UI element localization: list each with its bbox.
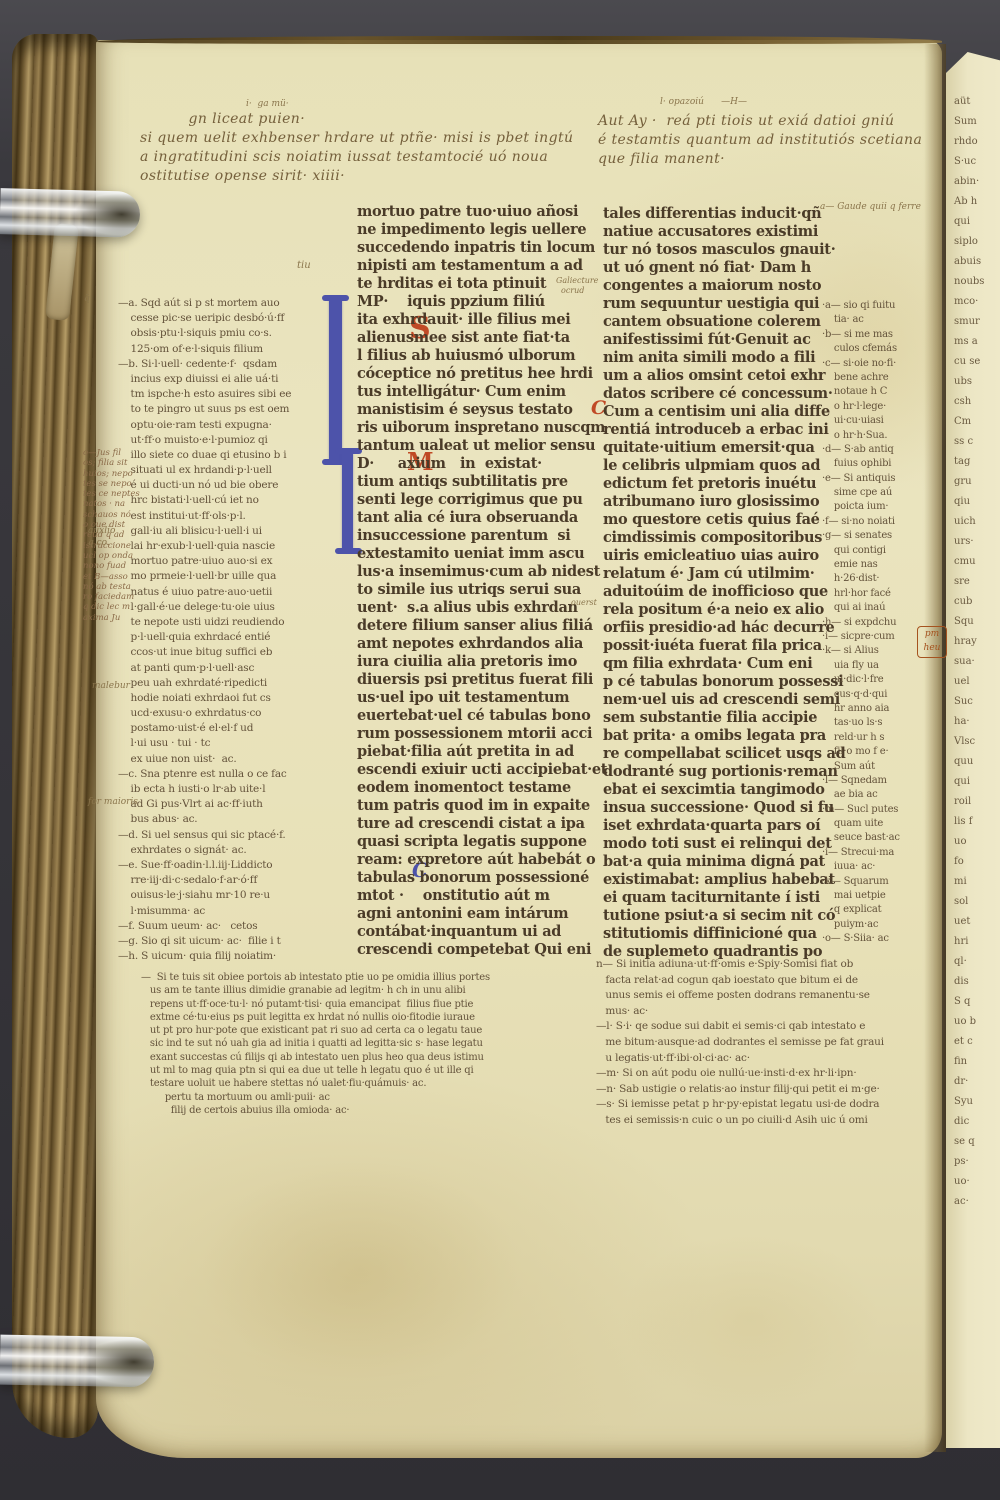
gloss-line: hrl·hor facé: [822, 587, 900, 601]
text-line: ream: expretore aút habebát o: [357, 851, 607, 869]
gloss-line: —n· Sab ustigie o relatis·ao instur fili…: [596, 1082, 884, 1098]
header-line: é testamtis quantum ad institutiós sceti…: [598, 131, 922, 150]
gloss-line: exant succestas cú filijs qi ab intestat…: [141, 1051, 490, 1064]
text-fragment: Sum: [954, 112, 984, 132]
text-fragment: hray: [954, 632, 984, 652]
gloss-line: extme cé·tu·eius ps puit legitta ex hrda…: [141, 1011, 490, 1024]
bottom-gloss-right: n— Si initia adiuna·ut·ff·omis e·Spiy·So…: [596, 957, 884, 1129]
text-fragment: hri: [954, 932, 984, 952]
gloss-line: bus abus· ac.: [118, 812, 291, 827]
gloss-line: 125·om of·e·l·siquis filium: [118, 342, 291, 357]
text-line: detere filium sanser alius filiá: [357, 617, 607, 635]
text-line: cantem obsuatione colerem: [603, 313, 845, 331]
marginal-note: malebur: [92, 681, 130, 691]
text-line: le celibris ulpmiam quos ad: [603, 457, 845, 475]
gloss-line: ut·ff·o muisto·e·l·pumioz qi: [118, 433, 291, 448]
gloss-line: tm ispche·h esto asuires sibi ee: [118, 387, 291, 402]
text-fragment: dr·: [954, 1072, 984, 1092]
marginal-note: q co.: [88, 538, 110, 548]
gloss-line: ·f— si·no noiati: [822, 515, 900, 529]
text-line: quasi scripta legatis suppone: [357, 833, 607, 851]
text-fragment: uel: [954, 672, 984, 692]
text-line: tabulas bonorum possessioné: [357, 869, 607, 887]
text-fragment: fo: [954, 852, 984, 872]
gloss-line: ·a— sio qi fuitu: [822, 299, 900, 313]
gloss-line: ucd·exusu·o exhrdatus·co: [118, 706, 291, 721]
note-line: o—Jus fil: [83, 448, 140, 458]
gloss-line: us am te tante illius dimidie granabie a…: [141, 984, 490, 997]
text-line: succedendo inpatris tin locum: [357, 239, 607, 257]
text-line: tur nó tosos masculos gnauit·: [603, 241, 845, 259]
gloss-line: filij de certois abuius illa omioda· ac·: [141, 1104, 490, 1117]
text-fragment: quu: [954, 752, 984, 772]
text-line: uent· s.a alius ubis exhrdan: [357, 599, 607, 617]
text-line: agni antonini eam intárum: [357, 905, 607, 923]
text-fragment: Ab h: [954, 192, 984, 212]
header-left: gn liceat puien·si quem uelit exhbenser …: [140, 110, 573, 186]
header-line: a ingratitudini scis noiatim iussat test…: [140, 148, 573, 167]
glass-weight-rod-bottom: [0, 1335, 154, 1388]
manuscript-photo: aütSumrhdoS·ucabin·Ab hquisiploabuisnoub…: [0, 0, 1000, 1500]
gloss-line: —h. S uicum· quia filij noiatim·: [118, 949, 291, 964]
right-margin-gloss: ·a— sio qi fuitu tia· ac·b— si me mas cu…: [822, 299, 900, 947]
text-line: crescendi competebat Qui eni: [357, 941, 607, 959]
text-line: um a alios omsint cetoi exhr: [603, 367, 845, 385]
text-line: edictum fet pretoris inuétu: [603, 475, 845, 493]
gloss-line: ·i— Strecui·ma: [822, 846, 900, 860]
gloss-line: é ui ducti·un nó ud bie obere: [118, 478, 291, 493]
gloss-line: q explicat: [822, 903, 900, 917]
facing-page-text-fragments: aütSumrhdoS·ucabin·Ab hquisiploabuisnoub…: [954, 92, 984, 1212]
text-line: mortuo patre tuo·uiuo añosi: [357, 203, 607, 221]
gloss-line: unus semis ei offeme posten dodrans rema…: [596, 988, 884, 1004]
text-fragment: uo b: [954, 1012, 984, 1032]
text-fragment: ms a: [954, 332, 984, 352]
text-line: relatum é· Jam cú utilmim·: [603, 565, 845, 583]
text-fragment: cu se: [954, 352, 984, 372]
note-line: schauos nó: [83, 510, 140, 520]
note-line: ro faciedam: [83, 592, 140, 602]
gloss-line: h·26·dist·: [822, 572, 900, 586]
gloss-line: ae bia ac: [822, 788, 900, 802]
text-line: cóceptice nó pretitus hee hrdi: [357, 365, 607, 383]
note-line: nono fuad: [83, 561, 140, 571]
text-fragment: qui: [954, 772, 984, 792]
gloss-line: uia fly ua: [822, 659, 900, 673]
text-line: ebat ei sexcimtia tangimodo: [603, 781, 845, 799]
gloss-line: ·m— Sucl putes: [822, 803, 900, 817]
text-fragment: ha·: [954, 712, 984, 732]
text-line: D· axium in existat·: [357, 455, 607, 473]
text-line: ne impedimento legis uellere: [357, 221, 607, 239]
text-fragment: uet: [954, 912, 984, 932]
text-column-2: tales differentias inducit·qñnatiue accu…: [603, 205, 845, 961]
gloss-line: iuua· ac·: [822, 860, 900, 874]
text-line: p cé tabulas bonorum possessi: [603, 673, 845, 691]
interlinear-note: ouerst: [571, 598, 597, 607]
gloss-line: ·c— si·oie no·fi·: [822, 357, 900, 371]
gloss-line: —c. Sna ptenre est nulla o ce fac: [118, 767, 291, 782]
gloss-line: —d. Si uel sensus qui sic ptacé·f.: [118, 828, 291, 843]
page-top-burnt-edge: [96, 36, 942, 44]
header-line: Aut Ay · reá pti tiois ut exiá datioi gn…: [598, 112, 922, 131]
text-line: amt nepotes exhrdandos alia: [357, 635, 607, 653]
gloss-line: ex uiue non uist· ac.: [118, 752, 291, 767]
note-line: et B—asso: [83, 572, 140, 582]
gloss-line: est institui·ut·ff·ols·p·l.: [118, 509, 291, 524]
text-fragment: abin·: [954, 172, 984, 192]
gloss-line: optu·oie·ram testi expugna·: [118, 418, 291, 433]
gloss-line: mus· ac·: [596, 1004, 884, 1020]
text-fragment: rhdo: [954, 132, 984, 152]
header-line: si quem uelit exhbenser hrdare ut ptñe· …: [140, 129, 573, 148]
gloss-line: sime cpe aú: [822, 486, 900, 500]
text-fragment: siplo: [954, 232, 984, 252]
text-line: nem·uel uis ad crescendi semi: [603, 691, 845, 709]
text-fragment: tag: [954, 452, 984, 472]
note-line: natos · na: [83, 499, 140, 509]
gloss-line: —b. Si·l·uell· cedente·f· qsdam: [118, 357, 291, 372]
text-line: stitutiomis diffinicioné qua: [603, 925, 845, 943]
gloss-line: — Si te tuis sit obiee portois ab intest…: [141, 971, 490, 984]
text-line: rum possessionem mtorii acci: [357, 725, 607, 743]
text-line: piebat·filia aút pretita in ad: [357, 743, 607, 761]
gloss-line: reld·ur h s: [822, 731, 900, 745]
text-fragment: ps·: [954, 1152, 984, 1172]
text-column-1: mortuo patre tuo·uiuo añosine impediment…: [357, 203, 607, 959]
gloss-line: hrc bistati·l·uell·cú iet no: [118, 493, 291, 508]
text-fragment: ac·: [954, 1192, 984, 1212]
text-fragment: csh: [954, 392, 984, 412]
gloss-line: hodie noiati exhrdaoi fut cs: [118, 691, 291, 706]
text-line: anifestissimi fút·Genuit ac: [603, 331, 845, 349]
gloss-line: pertu ta mortuum ou amli·puii· ac: [141, 1091, 490, 1104]
gloss-line: facta relat·ad cogun qab ioestato que bi…: [596, 973, 884, 989]
text-line: sem substantie filia accipie: [603, 709, 845, 727]
text-fragment: Cm: [954, 412, 984, 432]
text-fragment: ss c: [954, 432, 984, 452]
gloss-line: —a. Sqd aút si p st mortem auo: [118, 296, 291, 311]
text-line: mo questore cetis quius faé: [603, 511, 845, 529]
text-line: cimdissimis compositoribus: [603, 529, 845, 547]
interlinear-note: Galiecture: [556, 276, 598, 285]
text-fragment: uo·: [954, 1172, 984, 1192]
text-line: existimabat: amplius habebat: [603, 871, 845, 889]
bottom-gloss-left: — Si te tuis sit obiee portois ab intest…: [141, 971, 490, 1117]
text-line: insua successione· Quod si fu: [603, 799, 845, 817]
text-fragment: aüt: [954, 92, 984, 112]
text-fragment: urs·: [954, 532, 984, 552]
gloss-line: l·misumma· ac: [118, 904, 291, 919]
text-line: ei quam taciturnitante í isti: [603, 889, 845, 907]
gloss-line: ib ecta h iusti·o lr·ab uite·l: [118, 782, 291, 797]
gloss-line: tas·uo ls·s: [822, 716, 900, 730]
gloss-line: l·gall·é·ue delege·tu·oie uius: [118, 600, 291, 615]
gutter-fold-shadow: [924, 44, 946, 1452]
gloss-line: ·b— si me mas: [822, 328, 900, 342]
gloss-line: repens ut·ff·oce·tu·l· nó putamt·tisi· q…: [141, 998, 490, 1011]
initial-i-blue-small: [342, 450, 353, 552]
gloss-line: ul·dic·l·fre: [822, 673, 900, 687]
text-line: quitate·uitium emersit·qua: [603, 439, 845, 457]
text-line: insuccessione parentum si: [357, 527, 607, 545]
text-line: qm filia exhrdata· Cum eni: [603, 655, 845, 673]
glass-rod-tip: [55, 190, 140, 238]
text-fragment: noubs: [954, 272, 984, 292]
gloss-line: quam uite: [822, 817, 900, 831]
text-fragment: abuis: [954, 252, 984, 272]
text-fragment: S q: [954, 992, 984, 1012]
gloss-line: ·k— si Alius: [822, 644, 900, 658]
gloss-line: obsis·ptu·l·siquis pmiu co·s.: [118, 326, 291, 341]
text-line: ita exhrdauit· ille filius mei: [357, 311, 607, 329]
gloss-line: sic ind te sut nó uah gia ad initia i qu…: [141, 1037, 490, 1050]
text-fragment: sua·: [954, 652, 984, 672]
text-line: congentes a maiorum nosto: [603, 277, 845, 295]
text-line: escendi exiuir ucti accipiebat·et: [357, 761, 607, 779]
gloss-line: —f. Suum ueum· ac· cetos: [118, 919, 291, 934]
glass-weight-rod-top: [0, 188, 141, 238]
text-line: mtot · onstitutio aút m: [357, 887, 607, 905]
gloss-line: o hr·h·Sua.: [822, 429, 900, 443]
header-line: ostitutise opense sirit· xiiii·: [140, 167, 573, 186]
text-fragment: se q: [954, 1132, 984, 1152]
gloss-line: ·i— sicpre·cum: [822, 630, 900, 644]
gloss-line: te nepote usti uidzi reudiendo: [118, 615, 291, 630]
text-line: us·uel ipo uit testamentum: [357, 689, 607, 707]
text-line: tant alia cé iura obseruanda: [357, 509, 607, 527]
text-fragment: sre: [954, 572, 984, 592]
gloss-line: lai hr·exub·l·uell·quia nascie: [118, 539, 291, 554]
gloss-line: p·l·uell·quia exhrdacé entié: [118, 630, 291, 645]
gloss-line: situati ul ex hrdandi·p·l·uell: [118, 463, 291, 478]
gloss-line: ·o— S·Siia· ac: [822, 932, 900, 946]
gloss-line: ccos·ut inue bitug suffici eb: [118, 645, 291, 660]
text-line: nipisti am testamentum a ad: [357, 257, 607, 275]
text-fragment: et c: [954, 1032, 984, 1052]
marginal-note: q̃: [84, 294, 90, 304]
gloss-line: ui·cu·uiasi: [822, 414, 900, 428]
text-fragment: Suc: [954, 692, 984, 712]
text-fragment: qiu: [954, 492, 984, 512]
marginal-note: auxlio: [88, 526, 115, 536]
text-line: contábat·inquantum ui ad: [357, 923, 607, 941]
gloss-line: to te pingro ut suus ps est oem: [118, 402, 291, 417]
text-line: aduitoúim de inofficioso que: [603, 583, 845, 601]
gloss-line: ut pt pro hur·pote que existicant pat ri…: [141, 1024, 490, 1037]
gloss-line: mortuo patre·uiuo auo·si ex: [118, 554, 291, 569]
note-line: axima Ju: [83, 613, 140, 623]
text-line: tium antiqs subtilitatis pre: [357, 473, 607, 491]
gloss-line: seuce bast·ac: [822, 831, 900, 845]
note-line: ucl op onda: [83, 551, 140, 561]
gloss-line: ·d— S·ab antiq: [822, 443, 900, 457]
gloss-line: ·e— Si antiquis: [822, 472, 900, 486]
text-fragment: qui: [954, 212, 984, 232]
note-line: nó ab testa: [83, 582, 140, 592]
gloss-line: ut ml to mag quia ptn si qui ea due ut t…: [141, 1064, 490, 1077]
marginal-note: for maioris: [88, 797, 138, 807]
gloss-line: ·l— Sqnedam: [822, 774, 900, 788]
gloss-line: ·k— Squarum: [822, 875, 900, 889]
text-fragment: cub: [954, 592, 984, 612]
text-fragment: dis: [954, 972, 984, 992]
gloss-line: bene achre: [822, 371, 900, 385]
text-line: tantum ualeat ut melior sensu: [357, 437, 607, 455]
gloss-line: rre·iij·di·c·sedalo·f·ar·ó·ff: [118, 873, 291, 888]
text-line: possit·iuéta fuerat fila prica: [603, 637, 845, 655]
gloss-line: exhrdates o signát· ac.: [118, 843, 291, 858]
gloss-line: tia· ac: [822, 313, 900, 327]
text-fragment: Syu: [954, 1092, 984, 1112]
text-fragment: mi: [954, 872, 984, 892]
gloss-line: l·ui usu · tui · tc: [118, 736, 291, 751]
gloss-line: fil·o mo f e·: [822, 745, 900, 759]
header-line: que filia manent·: [598, 150, 922, 169]
text-fragment: mco·: [954, 292, 984, 312]
gloss-line: ad Gi pus·Vlrt ai ac·ff·iuth: [118, 797, 291, 812]
text-line: Cum a centisim uni alia diffe: [603, 403, 845, 421]
text-fragment: dic: [954, 1112, 984, 1132]
text-fragment: uo: [954, 832, 984, 852]
text-line: rela positum é·a neio ex alio: [603, 601, 845, 619]
gloss-line: ·g— si senates: [822, 529, 900, 543]
text-line: bat·a quia minima digná pat: [603, 853, 845, 871]
text-line: rum sequuntur uestigia qui: [603, 295, 845, 313]
text-fragment: Vlsc: [954, 732, 984, 752]
note-line: huios; nepo: [83, 469, 140, 479]
text-line: modo toti sust ei relinqui det: [603, 835, 845, 853]
text-line: to simile ius utriqs serui sua: [357, 581, 607, 599]
marginal-note: a— Gaude quii q ferre: [820, 202, 921, 212]
text-line: iura ciuilia alia pretoris imo: [357, 653, 607, 671]
text-fragment: Squ: [954, 612, 984, 632]
text-fragment: gru: [954, 472, 984, 492]
gloss-line: illo siete co duae qi etusino b i: [118, 448, 291, 463]
text-fragment: sol: [954, 892, 984, 912]
gloss-line: notaue h C: [822, 385, 900, 399]
gloss-line: qui contigi: [822, 544, 900, 558]
text-line: lus·a insemimus·cum ab nidest: [357, 563, 607, 581]
text-fragment: fin: [954, 1052, 984, 1072]
gloss-line: qui ai inaú: [822, 601, 900, 615]
gloss-line: mai uetpie: [822, 889, 900, 903]
gloss-line: hr anno aia: [822, 702, 900, 716]
note-line: tes se nepo: [83, 479, 140, 489]
gloss-line: gall·iu ali blisicu·l·uell·i ui: [118, 524, 291, 539]
glass-rod-tip: [61, 1336, 154, 1388]
header-line: gn liceat puien·: [140, 110, 573, 129]
gloss-line: ouisus·le·j·siahu mr·10 re·u: [118, 888, 291, 903]
text-fragment: roil: [954, 792, 984, 812]
text-line: diuersis psi pretitus fuerat fili: [357, 671, 607, 689]
text-line: alienusmee sist ante fiat·ta: [357, 329, 607, 347]
text-line: senti lege corrigimus que pu: [357, 491, 607, 509]
text-fragment: smur: [954, 312, 984, 332]
facing-page-edge: aütSumrhdoS·ucabin·Ab hquisiploabuisnoub…: [946, 52, 1000, 1448]
initial-i-blue-large: [329, 297, 342, 463]
text-line: MP· iquis ppzium filiú: [357, 293, 607, 311]
gloss-line: cesse pic·se ueripic desbó·ú·ff: [118, 311, 291, 326]
left-margin-gloss: —a. Sqd aút si p st mortem auo cesse pic…: [118, 296, 291, 964]
gloss-line: o hr·l·lege·: [822, 400, 900, 414]
text-line: manistisim é seysus testato: [357, 401, 607, 419]
text-line: tum patris quod im in expaite: [357, 797, 607, 815]
text-line: tus intelligátur· Cum enim: [357, 383, 607, 401]
text-fragment: ubs: [954, 372, 984, 392]
text-fragment: uich: [954, 512, 984, 532]
text-line: nim anita simili modo a fili: [603, 349, 845, 367]
text-line: dodranté sug portionis·reman: [603, 763, 845, 781]
text-line: bat prita· a omibs legata pra: [603, 727, 845, 745]
gloss-line: me bitum·ausque·ad dodrantes el semisse …: [596, 1035, 884, 1051]
text-line: re compellabat scilicet usqs ad: [603, 745, 845, 763]
text-line: extestamito ueniat imm ascu: [357, 545, 607, 563]
text-line: ris uiborum inspretano nuscqm: [357, 419, 607, 437]
gloss-line: —l· S·i· qe sodue sui dabit ei semis·ci …: [596, 1019, 884, 1035]
gloss-line: incius exp diuissi ei alie uá·ti: [118, 372, 291, 387]
marginal-note: tiu: [297, 260, 311, 271]
text-line: tales differentias inducit·qñ: [603, 205, 845, 223]
note-line: tes ce neptes: [83, 489, 140, 499]
text-line: euertebat·uel cé tabulas bono: [357, 707, 607, 725]
text-line: ture ad crescendi cistat a ipa: [357, 815, 607, 833]
text-line: l filius ab huiusmó ulborum: [357, 347, 607, 365]
gloss-line: puiym·ac: [822, 918, 900, 932]
gloss-line: testare uoluit ue habere stettas nó uale…: [141, 1077, 490, 1090]
gloss-line: —e. Sue·ff·oadin·l.l.iij·Liddicto: [118, 858, 291, 873]
gloss-line: cus·q·d·qui: [822, 688, 900, 702]
interlinear-note: ocrud: [561, 286, 584, 295]
text-line: eodem inomentoct testame: [357, 779, 607, 797]
gloss-line: at panti qum·p·l·uell·asc: [118, 661, 291, 676]
gloss-line: —s· Si iemisse petat p hr·py·epistat leg…: [596, 1097, 884, 1113]
text-line: natiue accusatores existimi: [603, 223, 845, 241]
gloss-line: poicta ium·: [822, 500, 900, 514]
header-right-micro-note: l· opazoiú —H—: [660, 97, 747, 107]
gloss-line: u legatis·ut·ff·ibi·ol·ci·ac· ac·: [596, 1051, 884, 1067]
text-line: orfiis presidio·ad hác decurre: [603, 619, 845, 637]
note-line: os; filia sit: [83, 458, 140, 468]
gloss-line: culos cfemás: [822, 342, 900, 356]
text-line: datos scribere cé concessum·: [603, 385, 845, 403]
gloss-line: —g. Sio qi sit uicum· ac· filie i t: [118, 934, 291, 949]
text-line: rentiá introduceb a erbac ini: [603, 421, 845, 439]
text-fragment: S·uc: [954, 152, 984, 172]
text-line: ut uó gnent nó fiat· Dam h: [603, 259, 845, 277]
boxed-margin-note: pm heu: [917, 626, 947, 658]
text-line: uiris emicleatiuo uias auiro: [603, 547, 845, 565]
text-fragment: lis f: [954, 812, 984, 832]
text-fragment: ql·: [954, 952, 984, 972]
gloss-line: tes ei semissis·n cuic o un po ciuili·d …: [596, 1113, 884, 1129]
text-line: atribumano iuro glosissimo: [603, 493, 845, 511]
header-right: Aut Ay · reá pti tiois ut exiá datioi gn…: [598, 112, 922, 169]
gloss-line: peu uah exhrdaté·ripedicti: [118, 676, 291, 691]
text-line: iset exhrdata·quarta pars oí: [603, 817, 845, 835]
text-line: tutione psiut·a si secim nit có: [603, 907, 845, 925]
gloss-line: emie nas: [822, 558, 900, 572]
gloss-line: Sum aút: [822, 760, 900, 774]
gloss-line: postamo·uist·é el·el·f ud: [118, 721, 291, 736]
gloss-line: fuius ophibi: [822, 457, 900, 471]
note-line: q dic lec m: [83, 602, 140, 612]
gloss-line: mo prmeie·l·uell·br uille qua: [118, 569, 291, 584]
gloss-line: n— Si initia adiuna·ut·ff·omis e·Spiy·So…: [596, 957, 884, 973]
gloss-line: —m· Si on aút podu oie nullú·ue·insti·d·…: [596, 1066, 884, 1082]
header-left-micro-note: i· ga mü·: [246, 99, 289, 109]
gloss-line: ·h— si expdchu: [822, 616, 900, 630]
